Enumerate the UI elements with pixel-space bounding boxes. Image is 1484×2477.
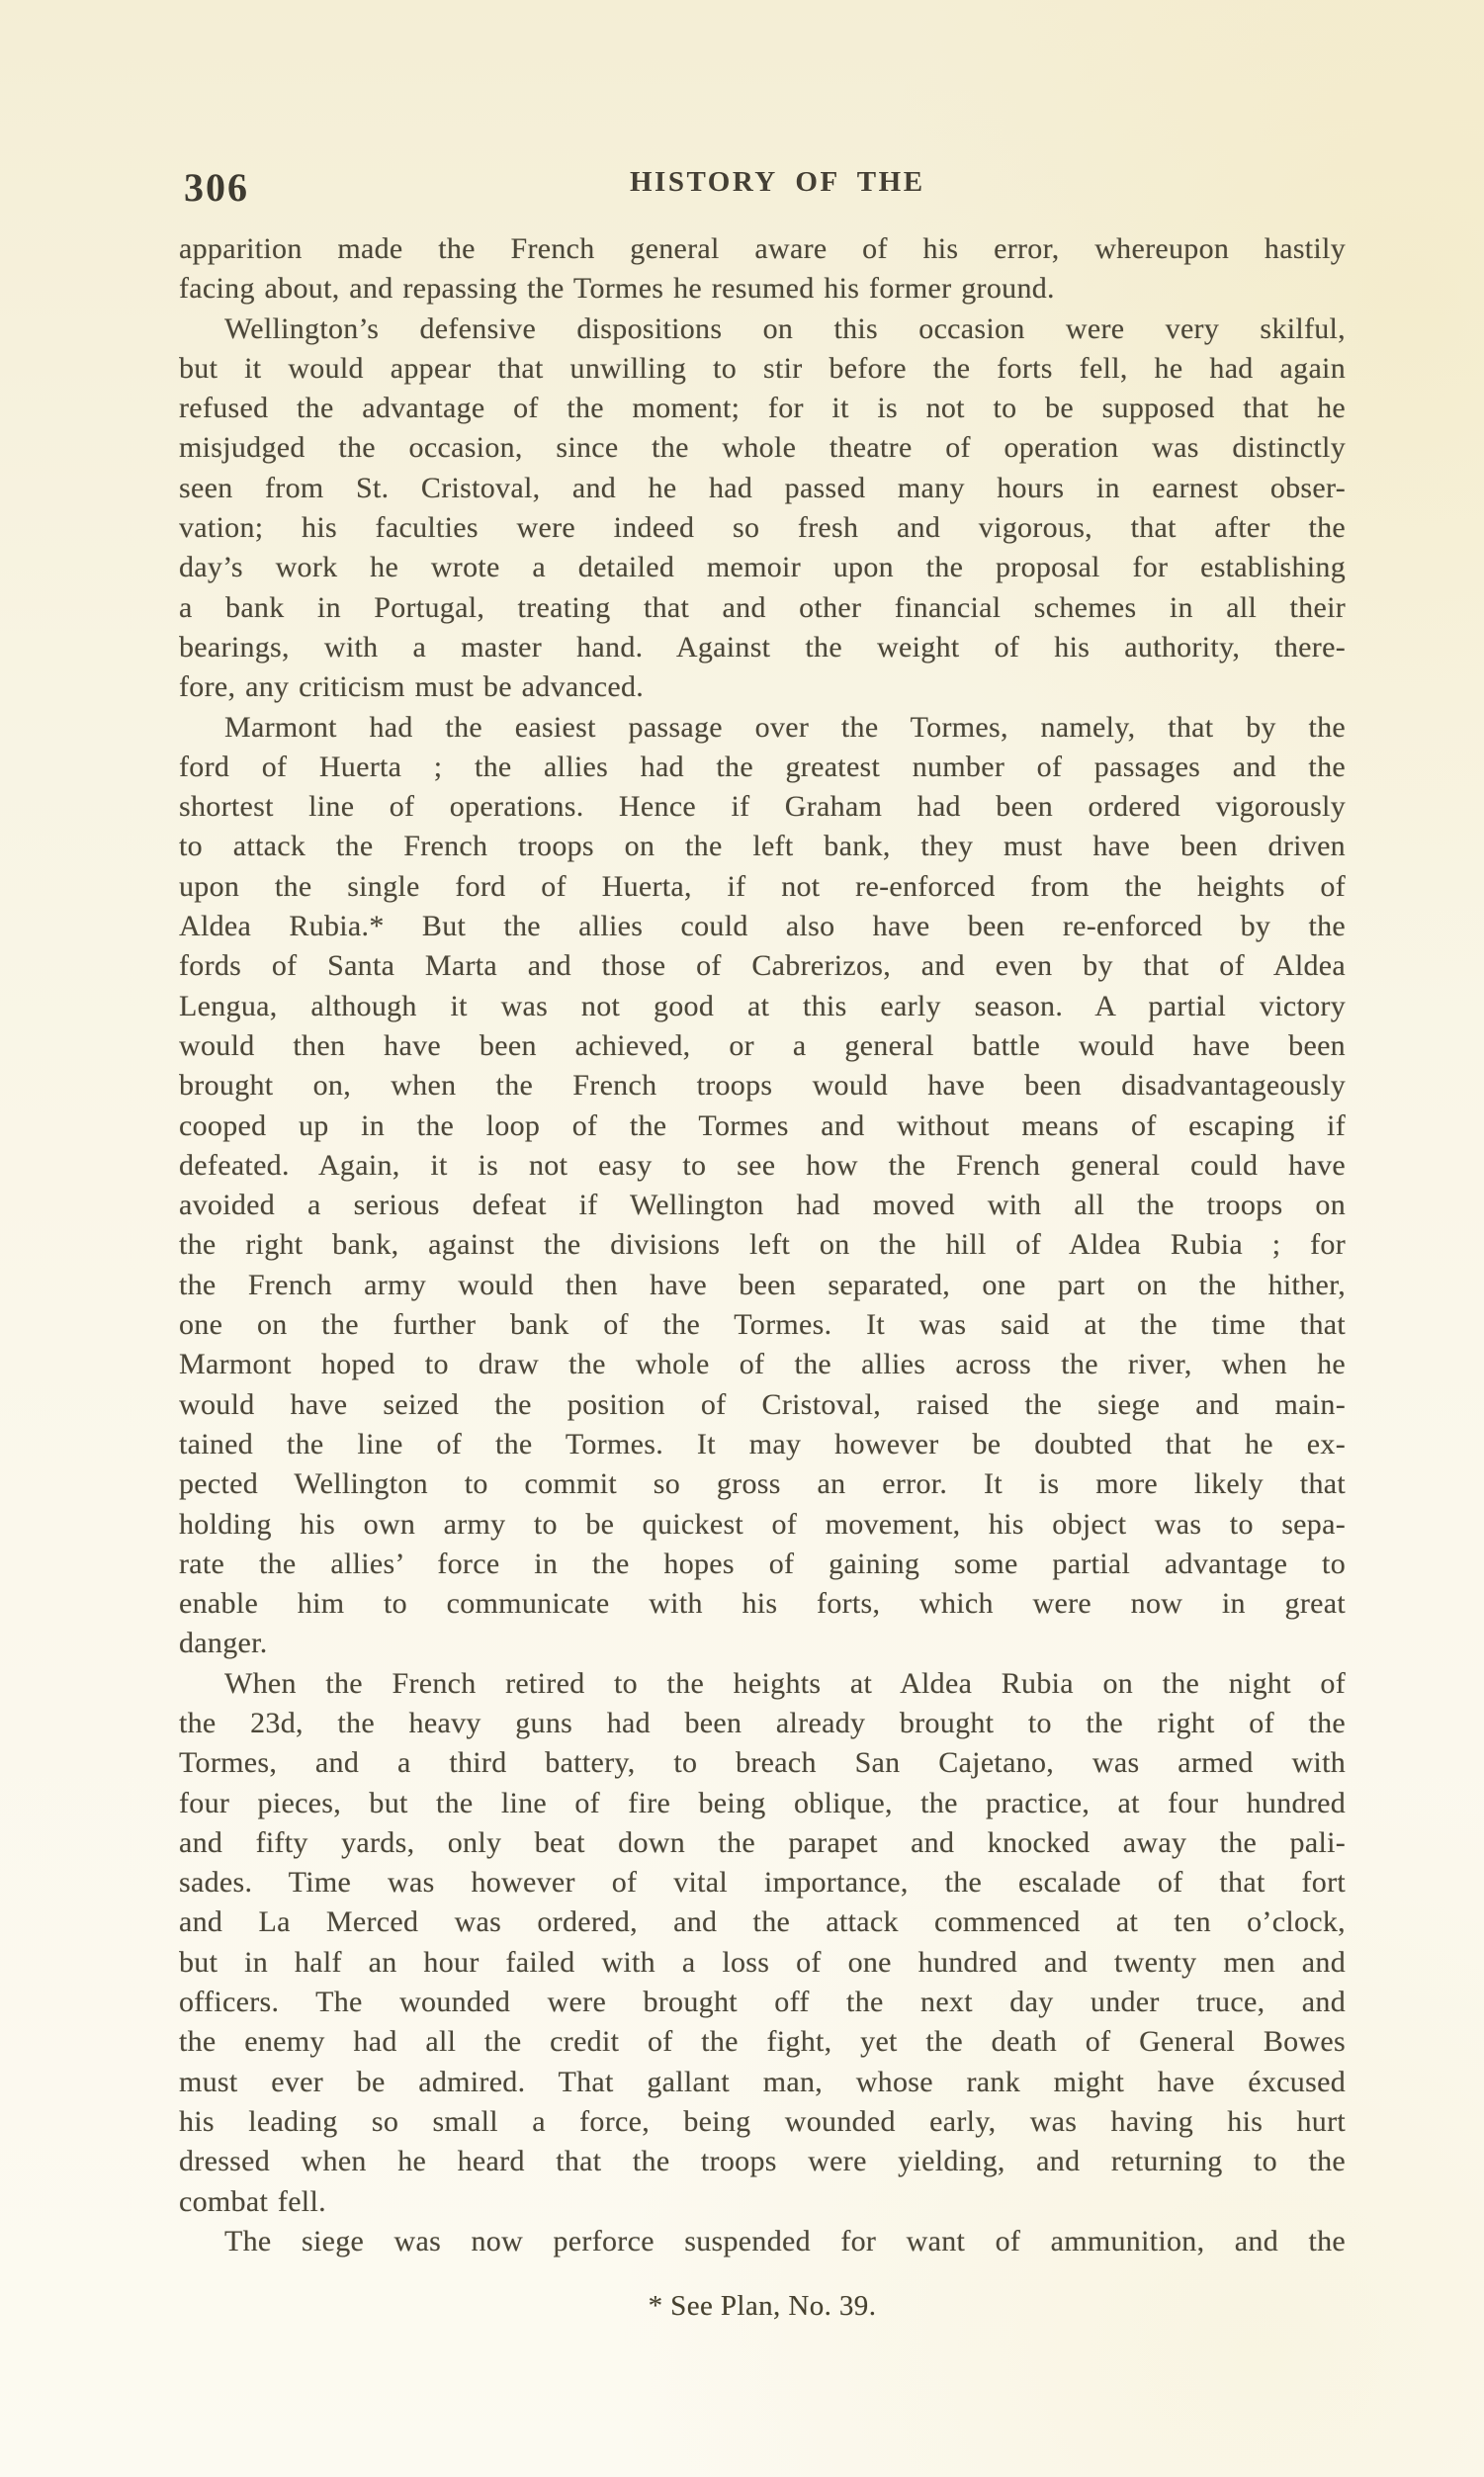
text-line: one on the further bank of the Tormes. I… (179, 1305, 1346, 1345)
text-line: avoided a serious defeat if Wellington h… (179, 1186, 1346, 1225)
paragraph: Wellington’s defensive dispositions on t… (179, 310, 1346, 708)
text-line: Marmont hoped to draw the whole of the a… (179, 1345, 1346, 1384)
text-line: The siege was now perforce suspended for… (179, 2222, 1346, 2261)
page-number: 306 (184, 164, 249, 211)
text-line: brought on, when the French troops would… (179, 1066, 1346, 1106)
text-line: his leading so small a force, being woun… (179, 2102, 1346, 2142)
text-line: tained the line of the Tormes. It may ho… (179, 1425, 1346, 1464)
text-line: the 23d, the heavy guns had been already… (179, 1704, 1346, 1743)
text-line: would then have been achieved, or a gene… (179, 1026, 1346, 1066)
text-line: refused the advantage of the moment; for… (179, 389, 1346, 428)
text-line: officers. The wounded were brought off t… (179, 1983, 1346, 2022)
text-line: but in half an hour failed with a loss o… (179, 1943, 1346, 1983)
text-line: day’s work he wrote a detailed memoir up… (179, 548, 1346, 587)
text-line: and fifty yards, only beat down the para… (179, 1823, 1346, 1863)
text-line: misjudged the occasion, since the whole … (179, 428, 1346, 468)
text-line: ford of Huerta ; the allies had the grea… (179, 748, 1346, 787)
text-line: Lengua, although it was not good at this… (179, 987, 1346, 1026)
text-line: When the French retired to the heights a… (179, 1664, 1346, 1704)
text-line: the French army would then have been sep… (179, 1266, 1346, 1305)
text-line: holding his own army to be quickest of m… (179, 1505, 1346, 1545)
body-text: apparition made the French general aware… (179, 229, 1346, 2261)
text-line: fore, any criticism must be advanced. (179, 667, 1346, 707)
paragraph: The siege was now perforce suspended for… (179, 2222, 1346, 2261)
text-line: bearings, with a master hand. Against th… (179, 628, 1346, 667)
text-line: apparition made the French general aware… (179, 229, 1346, 269)
paragraph: Marmont had the easiest passage over the… (179, 708, 1346, 1664)
running-header: HISTORY OF THE (630, 166, 925, 199)
text-line: the enemy had all the credit of the figh… (179, 2022, 1346, 2062)
text-line: vation; his faculties were indeed so fre… (179, 508, 1346, 548)
text-line: would have seized the position of Cristo… (179, 1385, 1346, 1425)
book-page: 306 HISTORY OF THE apparition made the F… (0, 0, 1484, 2477)
text-line: to attack the French troops on the left … (179, 827, 1346, 866)
text-line: dressed when he heard that the troops we… (179, 2142, 1346, 2181)
text-line: upon the single ford of Huerta, if not r… (179, 867, 1346, 907)
text-line: must ever be admired. That gallant man, … (179, 2063, 1346, 2102)
text-line: enable him to communicate with his forts… (179, 1584, 1346, 1624)
text-line: seen from St. Cristoval, and he had pass… (179, 469, 1346, 508)
text-line: danger. (179, 1624, 1346, 1663)
text-line: pected Wellington to commit so gross an … (179, 1464, 1346, 1504)
text-line: Tormes, and a third battery, to breach S… (179, 1743, 1346, 1783)
text-line: the right bank, against the divisions le… (179, 1225, 1346, 1265)
paragraph: apparition made the French general aware… (179, 229, 1346, 310)
text-line: and La Merced was ordered, and the attac… (179, 1902, 1346, 1942)
text-line: rate the allies’ force in the hopes of g… (179, 1545, 1346, 1584)
text-line: a bank in Portugal, treating that and ot… (179, 588, 1346, 628)
text-line: fords of Santa Marta and those of Cabrer… (179, 946, 1346, 986)
text-line: Aldea Rubia.* But the allies could also … (179, 907, 1346, 946)
footnote: * See Plan, No. 39. (179, 2290, 1346, 2323)
text-line: facing about, and repassing the Tormes h… (179, 269, 1346, 309)
text-line: Marmont had the easiest passage over the… (179, 708, 1346, 748)
text-line: shortest line of operations. Hence if Gr… (179, 787, 1346, 827)
text-line: combat fell. (179, 2182, 1346, 2222)
paragraph: When the French retired to the heights a… (179, 1664, 1346, 2222)
text-line: sades. Time was however of vital importa… (179, 1863, 1346, 1902)
text-line: defeated. Again, it is not easy to see h… (179, 1146, 1346, 1186)
text-line: but it would appear that unwilling to st… (179, 349, 1346, 389)
text-line: Wellington’s defensive dispositions on t… (179, 310, 1346, 349)
text-line: four pieces, but the line of fire being … (179, 1784, 1346, 1823)
text-line: cooped up in the loop of the Tormes and … (179, 1106, 1346, 1146)
